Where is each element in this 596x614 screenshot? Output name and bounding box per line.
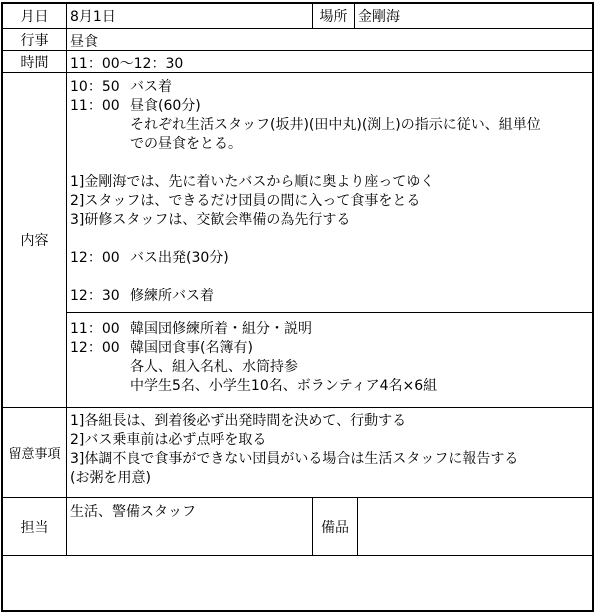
content-line: 12：00バス出発(30分) — [70, 249, 590, 268]
schedule-sheet: 月日 8月1日 場所 金剛海 行事 昼食 時間 11：00～12：30 内容 1… — [0, 0, 596, 614]
staff-label: 担当 — [3, 498, 67, 555]
time-row: 時間 11：00～12：30 — [3, 51, 592, 73]
content-body: 10：50バス着 11：00昼食(60分) それぞれ生活スタッフ(坂井)(田中丸… — [67, 73, 592, 407]
time-label: 時間 — [3, 51, 67, 72]
date-label: 月日 — [3, 4, 67, 28]
time-cell: 11：00 — [70, 320, 130, 339]
note-line: 3]体調不良で食事ができない団員がいる場合は生活スタッフに報告する — [70, 450, 590, 469]
note-line: 1]各組長は、到着後必ず出発時間を決めて、行動する — [70, 412, 590, 431]
content-line: 3]研修スタッフは、交歓会準備の為先行する — [70, 211, 590, 230]
text-cell: 3]研修スタッフは、交歓会準備の為先行する — [70, 212, 350, 228]
content-line-blank — [70, 230, 590, 249]
staff-equipment-row: 担当 生活、警備スタッフ 備品 — [3, 498, 592, 556]
content-line: での昼食をとる。 — [70, 135, 590, 154]
content-line: 12：30修練所バス着 — [70, 287, 590, 306]
date-value: 8月1日 — [67, 4, 313, 28]
note-line: 2]バス乗車前は必ず点呼を取る — [70, 431, 590, 450]
time-cell: 12：00 — [70, 339, 130, 358]
content-label: 内容 — [3, 73, 67, 407]
note-line: (お粥を用意) — [70, 469, 590, 488]
equipment-value — [358, 498, 592, 555]
content-line: 1]金剛海では、先に着いたバスから順に奥より座ってゆく — [70, 173, 590, 192]
notes-label: 留意事項 — [3, 408, 67, 497]
place-value: 金剛海 — [355, 4, 592, 28]
content-line: 11：00韓国団修練所着・組分・説明 — [70, 320, 590, 339]
empty-footer-row — [3, 556, 592, 610]
time-cell: 12：30 — [70, 287, 130, 306]
text-cell: での昼食をとる。 — [130, 136, 242, 152]
content-sub-section: 11：00韓国団修練所着・組分・説明 12：00韓国団食事(名簿有) 各人、組入… — [67, 313, 592, 407]
text-cell: バス着 — [130, 79, 172, 95]
equipment-label: 備品 — [313, 498, 358, 555]
time-cell: 10：50 — [70, 78, 130, 97]
content-row: 内容 10：50バス着 11：00昼食(60分) それぞれ生活スタッフ(坂井)(… — [3, 73, 592, 408]
text-cell: 韓国団食事(名簿有) — [130, 340, 253, 356]
content-line-blank — [70, 154, 590, 173]
content-line: 11：00昼食(60分) — [70, 97, 590, 116]
text-cell: 1]金剛海では、先に着いたバスから順に奥より座ってゆく — [70, 174, 434, 190]
event-value: 昼食 — [67, 29, 592, 50]
content-line: 中学生5名、小学生10名、ボランティア4名×6組 — [70, 377, 590, 396]
place-label: 場所 — [313, 4, 355, 28]
content-line: 各人、組入名札、水筒持参 — [70, 358, 590, 377]
text-cell: 中学生5名、小学生10名、ボランティア4名×6組 — [130, 378, 437, 394]
content-line: 2]スタッフは、できるだけ団員の間に入って食事をとる — [70, 192, 590, 211]
content-line: 10：50バス着 — [70, 78, 590, 97]
content-main-section: 10：50バス着 11：00昼食(60分) それぞれ生活スタッフ(坂井)(田中丸… — [67, 73, 592, 313]
content-line: 12：00韓国団食事(名簿有) — [70, 339, 590, 358]
notes-body: 1]各組長は、到着後必ず出発時間を決めて、行動する 2]バス乗車前は必ず点呼を取… — [67, 408, 592, 497]
text-cell: 2]スタッフは、できるだけ団員の間に入って食事をとる — [70, 193, 420, 209]
text-cell: 修練所バス着 — [130, 288, 214, 304]
time-cell: 11：00 — [70, 97, 130, 116]
text-cell: 韓国団修練所着・組分・説明 — [130, 321, 312, 337]
event-label: 行事 — [3, 29, 67, 50]
time-cell: 12：00 — [70, 249, 130, 268]
text-cell: バス出発(30分) — [130, 250, 229, 266]
date-place-row: 月日 8月1日 場所 金剛海 — [3, 4, 592, 29]
text-cell: それぞれ生活スタッフ(坂井)(田中丸)(渕上)の指示に従い、組単位 — [130, 117, 541, 133]
event-row: 行事 昼食 — [3, 29, 592, 51]
content-line-blank — [70, 268, 590, 287]
notes-row: 留意事項 1]各組長は、到着後必ず出発時間を決めて、行動する 2]バス乗車前は必… — [3, 408, 592, 498]
text-cell: 昼食(60分) — [130, 98, 201, 114]
time-value: 11：00～12：30 — [67, 51, 592, 72]
text-cell: 各人、組入名札、水筒持参 — [130, 359, 298, 375]
staff-value: 生活、警備スタッフ — [67, 498, 313, 555]
schedule-table: 月日 8月1日 場所 金剛海 行事 昼食 時間 11：00～12：30 内容 1… — [1, 2, 594, 612]
content-line: それぞれ生活スタッフ(坂井)(田中丸)(渕上)の指示に従い、組単位 — [70, 116, 590, 135]
